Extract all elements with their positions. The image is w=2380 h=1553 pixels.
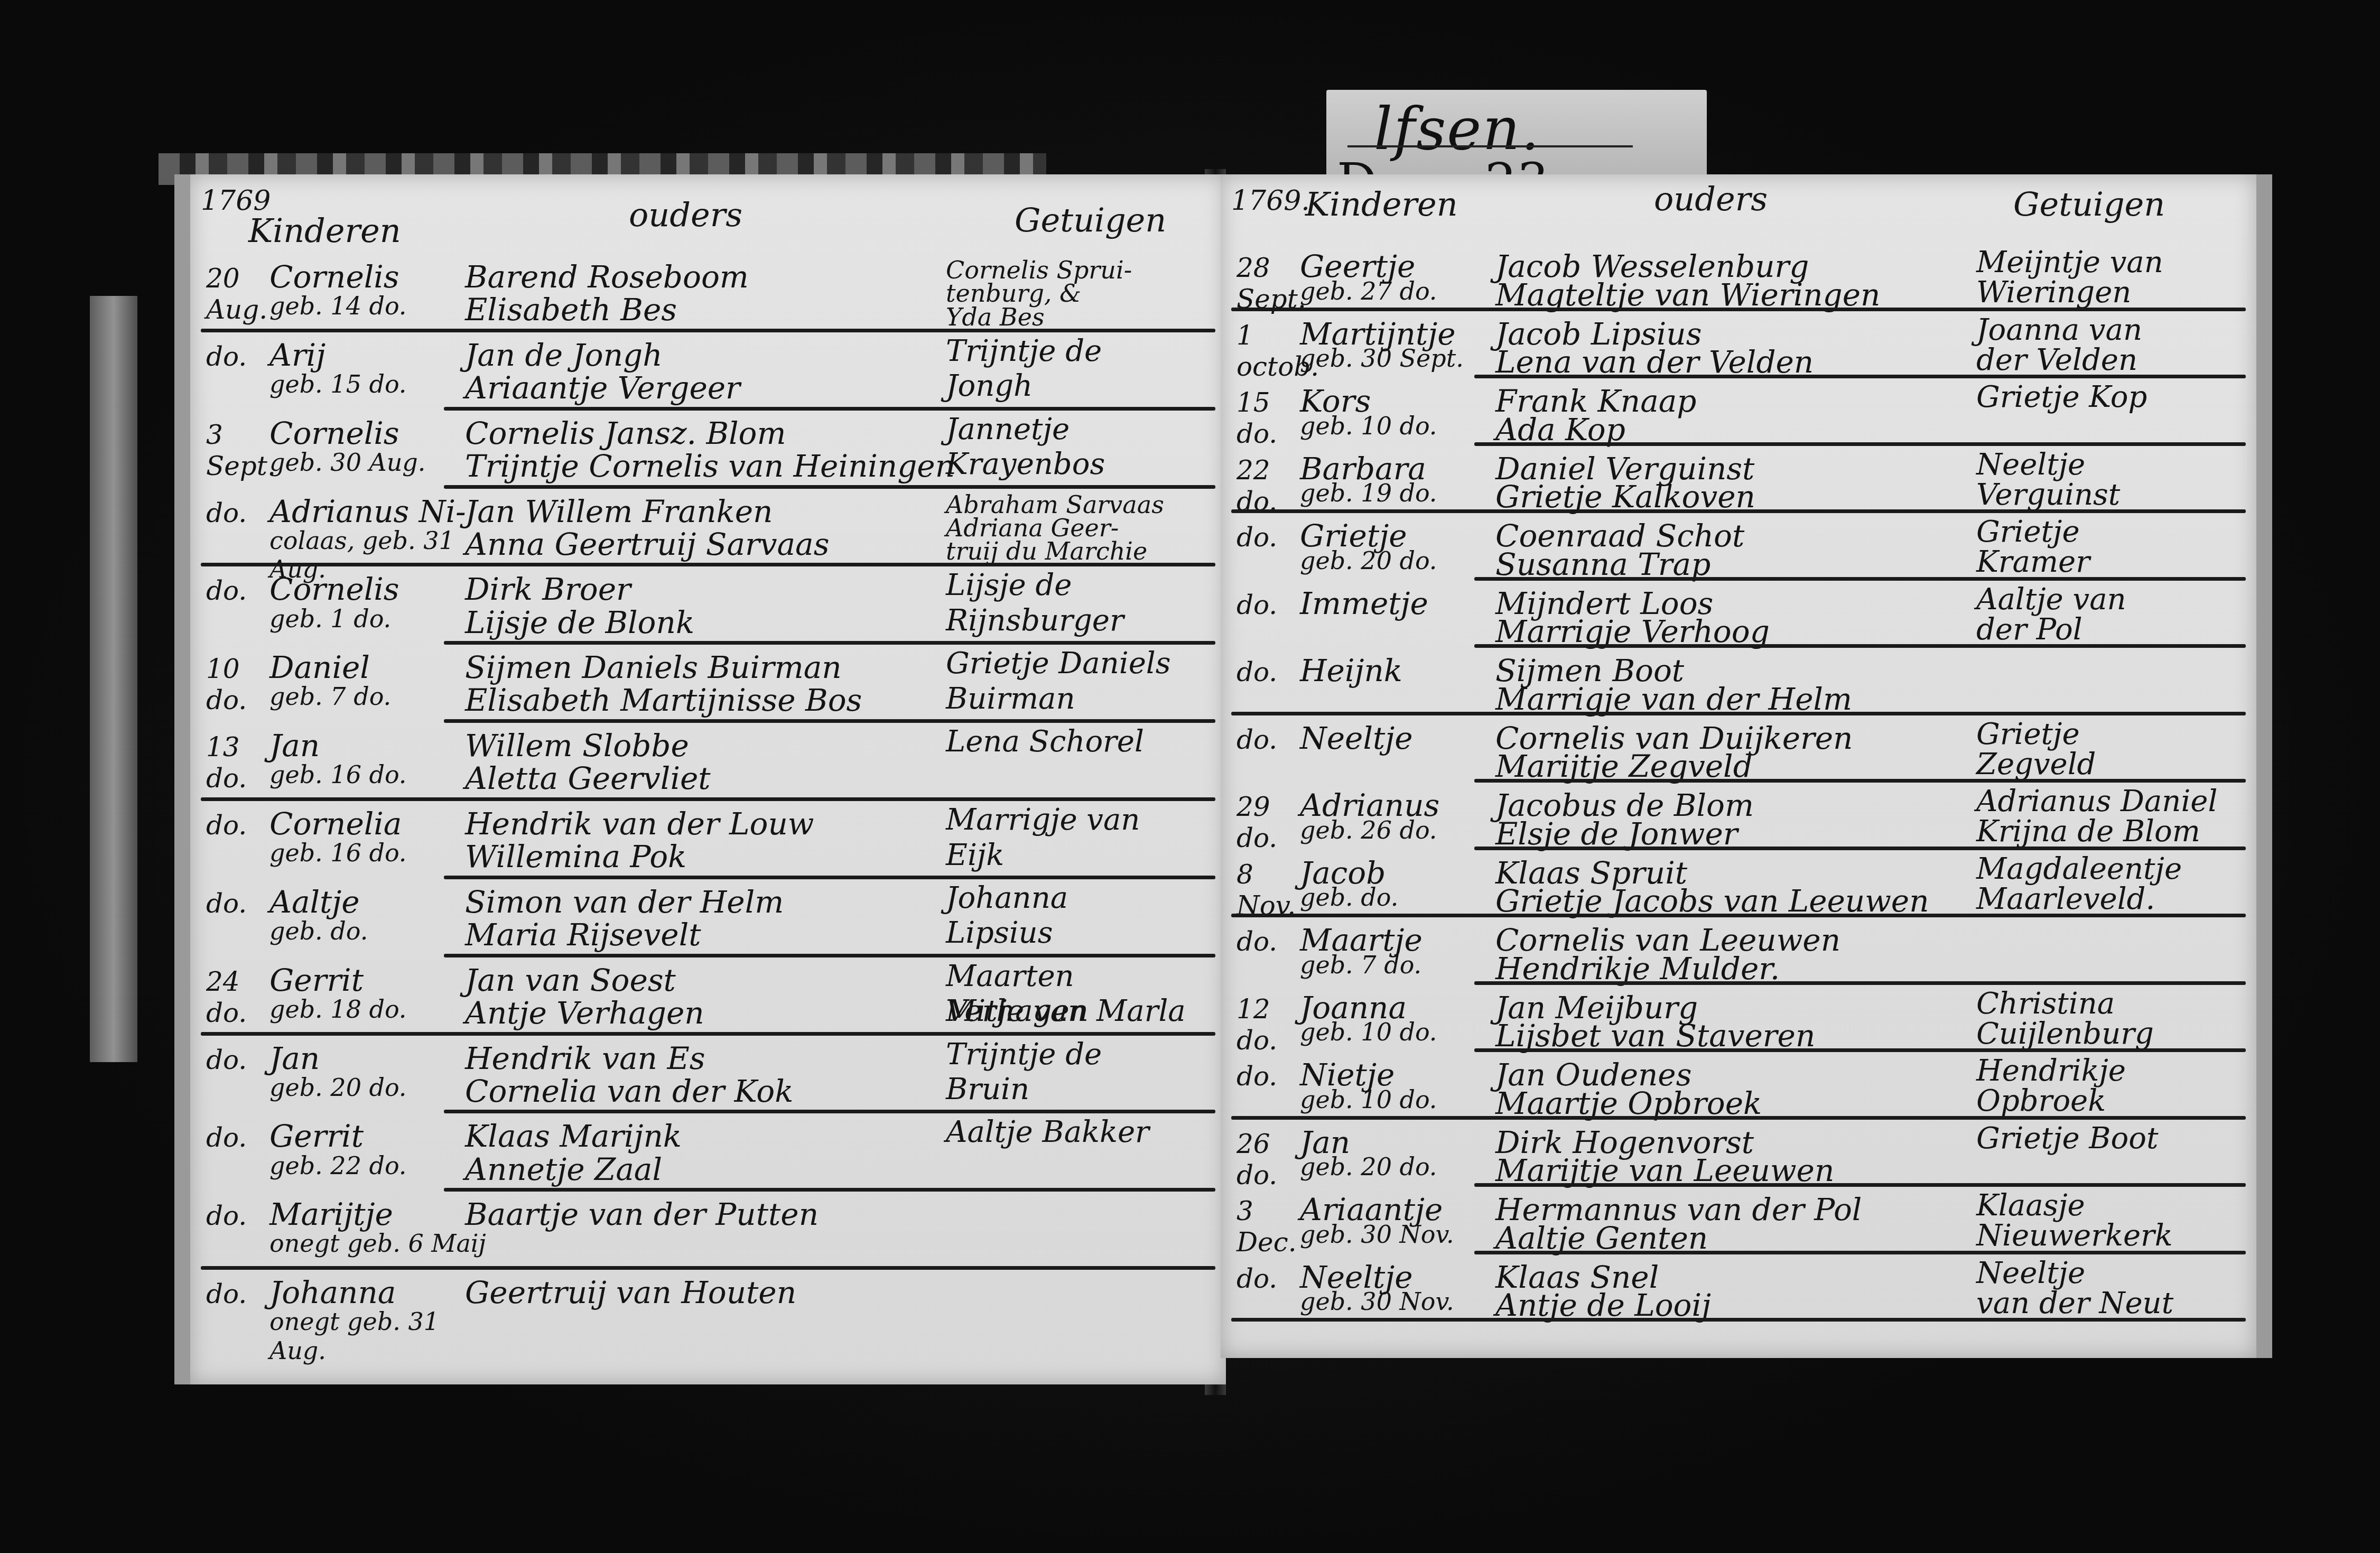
birth-date: geb. 19 do. bbox=[1300, 479, 1522, 507]
child-name: Daniel bbox=[269, 649, 491, 685]
register-entry: 3 Dec.Ariaantjegeb. 30 Nov.Hermannus van… bbox=[1221, 1186, 2256, 1254]
birth-date: geb. 10 do. bbox=[1300, 412, 1522, 440]
witness-name: Wieringen bbox=[1976, 275, 2251, 310]
witness-name: Trijntje de bbox=[946, 1037, 1221, 1072]
entry-date: do. bbox=[206, 341, 269, 373]
birth-date: onegt geb. 6 Maij bbox=[269, 1229, 491, 1258]
parent-name: Hendrik van Es bbox=[465, 1040, 993, 1076]
child-name: Neeltje bbox=[1300, 720, 1522, 756]
birth-date: onegt geb. 31 Aug. bbox=[269, 1307, 491, 1365]
birth-date: geb. 27 do. bbox=[1300, 277, 1522, 305]
witness-name: der Pol bbox=[1976, 612, 2251, 647]
witness-name: Verguinst bbox=[1976, 478, 2251, 513]
child-name: Cornelis bbox=[269, 571, 491, 607]
register-entry: 15 do.Korsgeb. 10 do.Frank KnaapAda KopG… bbox=[1221, 378, 2256, 445]
birth-date: geb. do. bbox=[269, 917, 491, 945]
register-entry: 13 do.Jangeb. 16 do.Willem SlobbeAletta … bbox=[190, 722, 1226, 801]
entry-date: 1 octob. bbox=[1237, 320, 1300, 383]
parent-name: Ariaantje Vergeer bbox=[465, 370, 993, 406]
register-entry: do.Jangeb. 20 do.Hendrik van EsCornelia … bbox=[190, 1035, 1226, 1113]
birth-date: geb. 14 do. bbox=[269, 292, 491, 320]
witness-name: Joanna van bbox=[1976, 313, 2251, 348]
register-entry: 22 do.Barbarageb. 19 do.Daniel Verguinst… bbox=[1221, 445, 2256, 513]
parent-name: Simon van der Helm bbox=[465, 884, 993, 920]
birth-date: geb. 16 do. bbox=[269, 839, 491, 867]
witness-name: van der Neut bbox=[1976, 1286, 2251, 1321]
parent-name: Willem Slobbe bbox=[465, 728, 993, 764]
register-entry: do.Corneliageb. 16 do.Hendrik van der Lo… bbox=[190, 801, 1226, 879]
birth-date: geb. 26 do. bbox=[1300, 816, 1522, 844]
parent-name: Geertruij van Houten bbox=[465, 1275, 993, 1310]
parent-name: Antje Verhagen bbox=[465, 995, 993, 1031]
entry-date: do. bbox=[1237, 1263, 1300, 1295]
birth-date: geb. 16 do. bbox=[269, 760, 491, 789]
witness-name: Bruin bbox=[946, 1072, 1221, 1107]
register-entry: do.Grietjegeb. 20 do.Coenraad SchotSusan… bbox=[1221, 513, 2256, 580]
witness-name: Buirman bbox=[946, 682, 1221, 717]
witness-name: Aaltje Bakker bbox=[946, 1115, 1221, 1150]
entry-date: do. bbox=[206, 810, 269, 841]
parent-name: Jan van Soest bbox=[465, 962, 993, 998]
birth-date: geb. 22 do. bbox=[269, 1151, 491, 1180]
entry-date: 10 do. bbox=[206, 654, 269, 716]
column-header-parents: ouders bbox=[1654, 180, 1768, 218]
entry-date: do. bbox=[1237, 657, 1300, 688]
parent-name: Annetje Zaal bbox=[465, 1151, 993, 1187]
birth-date: geb. 10 do. bbox=[1300, 1018, 1522, 1046]
parent-name: Jan de Jongh bbox=[465, 337, 993, 373]
register-entry: 10 do.Danielgeb. 7 do.Sijmen Daniels Bui… bbox=[190, 644, 1226, 722]
entry-date: 8 Nov. bbox=[1237, 859, 1300, 922]
left-page: 1769 Kinderen ouders Getuigen 20 Aug.Cor… bbox=[174, 174, 1226, 1384]
child-name: Arij bbox=[269, 337, 491, 373]
entry-date: do. bbox=[206, 1045, 269, 1076]
witness-name: Jongh bbox=[946, 369, 1221, 404]
witness-name: Hendrikje bbox=[1976, 1054, 2251, 1089]
entry-date: do. bbox=[206, 575, 269, 607]
witness-name: Meijntje van bbox=[1976, 245, 2251, 280]
column-header-children: Kinderen bbox=[1305, 185, 1458, 224]
register-entry: 24 do.Gerritgeb. 18 do.Jan van SoestAntj… bbox=[190, 957, 1226, 1035]
parent-name: Klaas Marijnk bbox=[465, 1118, 993, 1154]
witness-name: truij du Marchie bbox=[946, 537, 1221, 565]
birth-date: geb. 1 do. bbox=[269, 605, 491, 633]
register-entry: do.Marijtjeonegt geb. 6 MaijBaartje van … bbox=[190, 1191, 1226, 1269]
witness-name: Nieuwerkerk bbox=[1976, 1219, 2251, 1253]
birth-date: geb. 20 do. bbox=[1300, 546, 1522, 575]
witness-name: Grietje bbox=[1976, 717, 2251, 752]
entry-date: 3 Sept. bbox=[206, 420, 269, 482]
parent-name: Barend Roseboom bbox=[465, 259, 993, 295]
register-entry: do.Cornelisgeb. 1 do.Dirk BroerLijsje de… bbox=[190, 566, 1226, 644]
witness-name: Trijntje de bbox=[946, 334, 1221, 369]
register-entry: do.Neeltjegeb. 30 Nov.Klaas SnelAntje de… bbox=[1221, 1254, 2256, 1322]
witness-name: Jannetje bbox=[946, 412, 1221, 447]
child-name: Marijtje bbox=[269, 1196, 491, 1232]
register-entry: 20 Aug.Cornelisgeb. 14 do.Barend Roseboo… bbox=[190, 254, 1226, 332]
entry-date: do. bbox=[1237, 926, 1300, 957]
entry-date: do. bbox=[206, 498, 269, 529]
witness-name: Opbroek bbox=[1976, 1084, 2251, 1119]
register-entry: do.Johannaonegt geb. 31 Aug.Geertruij va… bbox=[190, 1269, 1226, 1347]
register-entry: do.ImmetjeMijndert LoosMarrigje VerhoogA… bbox=[1221, 580, 2256, 648]
birth-date: geb. 30 Aug. bbox=[269, 448, 491, 477]
parent-name: Dirk Broer bbox=[465, 571, 993, 607]
witness-name: der Velden bbox=[1976, 343, 2251, 378]
birth-date: geb. 18 do. bbox=[269, 995, 491, 1024]
birth-date: geb. do. bbox=[1300, 883, 1522, 912]
parent-name: Sijmen Daniels Buirman bbox=[465, 649, 993, 685]
register-entry: 29 do.Adrianusgeb. 26 do.Jacobus de Blom… bbox=[1221, 782, 2256, 850]
child-name: Johanna bbox=[269, 1275, 491, 1310]
register-entry: do.Gerritgeb. 22 do.Klaas MarijnkAnnetje… bbox=[190, 1113, 1226, 1191]
register-entry: 28 Sept.Geertjegeb. 27 do.Jacob Wesselen… bbox=[1221, 243, 2256, 311]
birth-date: geb. 20 do. bbox=[1300, 1152, 1522, 1181]
witness-name: Grietje bbox=[1976, 515, 2251, 550]
entry-date: 12 do. bbox=[1237, 994, 1300, 1056]
birth-date: geb. 30 Sept. bbox=[1300, 344, 1522, 373]
witness-name: Krayenbos bbox=[946, 447, 1221, 482]
birth-date: geb. 30 Nov. bbox=[1300, 1220, 1522, 1249]
register-entry: do.Arijgeb. 15 do.Jan de JonghAriaantje … bbox=[190, 332, 1226, 410]
parent-name: Aletta Geervliet bbox=[465, 760, 993, 796]
page-year: 1769. bbox=[1231, 185, 1310, 217]
register-entry: do.HeijnkSijmen BootMarrigje van der Hel… bbox=[1221, 647, 2256, 715]
register-entry: do.Adrianus Ni-colaas, geb. 31 Aug.Jan W… bbox=[190, 488, 1226, 566]
register-entry: do.Aaltjegeb. do.Simon van der HelmMaria… bbox=[190, 879, 1226, 957]
parent-name: Maria Rijsevelt bbox=[465, 917, 993, 953]
child-name: Immetje bbox=[1300, 585, 1522, 621]
birth-date: geb. 30 Nov. bbox=[1300, 1287, 1522, 1316]
entry-date: 13 do. bbox=[206, 732, 269, 794]
register-entry: 1 octob.Martijntjegeb. 30 Sept.Jacob Lip… bbox=[1221, 311, 2256, 378]
witness-name: Neeltje bbox=[1976, 1256, 2251, 1291]
tab-divider bbox=[1347, 145, 1633, 147]
witness-name: Christina bbox=[1976, 987, 2251, 1021]
entry-date: 15 do. bbox=[1237, 387, 1300, 450]
entry-date: 28 Sept. bbox=[1237, 253, 1300, 315]
birth-date: geb. 10 do. bbox=[1300, 1085, 1522, 1114]
entry-date: do. bbox=[1237, 1061, 1300, 1092]
parent-name: Cornelia van der Kok bbox=[465, 1073, 993, 1109]
entry-date: 3 Dec. bbox=[1237, 1196, 1300, 1258]
witness-name: Magdaleentje bbox=[1976, 852, 2251, 887]
child-name: Gerrit bbox=[269, 962, 491, 998]
parent-name: Anna Geertruij Sarvaas bbox=[465, 526, 993, 562]
register-entry: do.NeeltjeCornelis van DuijkerenMarijtje… bbox=[1221, 715, 2256, 783]
register-entry: 8 Nov.Jacobgeb. do.Klaas SpruitGrietje J… bbox=[1221, 850, 2256, 917]
witness-name: Kramer bbox=[1976, 545, 2251, 580]
birth-date: geb. 20 do. bbox=[269, 1073, 491, 1102]
child-name: Aaltje bbox=[269, 884, 491, 920]
child-name: Jan bbox=[269, 1040, 491, 1076]
witness-name: Krijna de Blom bbox=[1976, 814, 2251, 849]
column-header-witnesses: Getuigen bbox=[2013, 185, 2165, 224]
witness-name: Zegveld bbox=[1976, 747, 2251, 782]
witness-name: Yda Bes bbox=[946, 303, 1221, 331]
birth-date: geb. 15 do. bbox=[269, 370, 491, 398]
witness-name: Adrianus Daniel bbox=[1976, 784, 2251, 819]
witness-name: Johanna bbox=[946, 881, 1221, 916]
tab-place: lfsen. bbox=[1374, 95, 1540, 163]
register-entry: do.Maartjegeb. 7 do.Cornelis van Leeuwen… bbox=[1221, 917, 2256, 984]
entry-date: do. bbox=[206, 1279, 269, 1310]
entry-date: do. bbox=[1237, 724, 1300, 756]
entry-date: do. bbox=[206, 1201, 269, 1232]
right-page: 1769. Kinderen ouders Getuigen 28 Sept.G… bbox=[1221, 174, 2272, 1358]
child-name: Adrianus Ni- bbox=[269, 494, 491, 529]
parent-name: Willemina Pok bbox=[465, 839, 993, 875]
parent-name: Trijntje Cornelis van Heiningen bbox=[465, 448, 993, 484]
parent-name: Elisabeth Martijnisse Bos bbox=[465, 682, 993, 718]
row-divider bbox=[1231, 1318, 2246, 1322]
entry-date: do. bbox=[206, 888, 269, 919]
register-entry: 12 do.Joannageb. 10 do.Jan MeijburgLijsb… bbox=[1221, 984, 2256, 1052]
witness-name: Eijk bbox=[946, 838, 1221, 873]
witness-name: Mitje van Marla bbox=[946, 994, 1221, 1029]
child-name: Heijnk bbox=[1300, 653, 1522, 689]
witness-name: Grietje Daniels bbox=[946, 646, 1221, 681]
parent-name: Lijsje de Blonk bbox=[465, 605, 993, 640]
parent-name: Baartje van der Putten bbox=[465, 1196, 993, 1232]
register-entry: 3 Sept.Cornelisgeb. 30 Aug.Cornelis Jans… bbox=[190, 410, 1226, 488]
witness-name: Neeltje bbox=[1976, 448, 2251, 482]
entry-date: 20 Aug. bbox=[206, 263, 269, 326]
child-name: Gerrit bbox=[269, 1118, 491, 1154]
entry-date: do. bbox=[1237, 522, 1300, 553]
witness-name: Aaltje van bbox=[1976, 582, 2251, 617]
child-name: Cornelia bbox=[269, 806, 491, 842]
witness-name: Maarleveld. bbox=[1976, 882, 2251, 917]
witness-name: Grietje Boot bbox=[1976, 1121, 2251, 1156]
child-name: Cornelis bbox=[269, 415, 491, 451]
birth-date: geb. 7 do. bbox=[269, 682, 491, 711]
entry-date: do. bbox=[1237, 590, 1300, 621]
entry-date: 24 do. bbox=[206, 966, 269, 1029]
register-entry: 26 do.Jangeb. 20 do.Dirk HogenvorstMarij… bbox=[1221, 1119, 2256, 1187]
witness-name: Lijsje de bbox=[946, 568, 1221, 603]
witness-name: Marrigje van bbox=[946, 803, 1221, 838]
parent-name: Elisabeth Bes bbox=[465, 292, 993, 328]
witness-name: Klaasje bbox=[1976, 1188, 2251, 1223]
witness-name: Rijnsburger bbox=[946, 603, 1221, 638]
parent-name: Jan Willem Franken bbox=[465, 494, 993, 529]
column-header-children: Kinderen bbox=[248, 211, 401, 250]
child-name: Jan bbox=[269, 728, 491, 764]
column-header-parents: ouders bbox=[629, 196, 742, 234]
witness-name: Lena Schorel bbox=[946, 724, 1221, 759]
register-entry: do.Nietjegeb. 10 do.Jan OudenesMaartje O… bbox=[1221, 1052, 2256, 1119]
birth-date: geb. 7 do. bbox=[1300, 951, 1522, 979]
entry-date: 29 do. bbox=[1237, 792, 1300, 854]
parent-name: Hendrik van der Louw bbox=[465, 806, 993, 842]
witness-name: Grietje Kop bbox=[1976, 380, 2251, 415]
witness-name: Lipsius bbox=[946, 916, 1221, 951]
child-name: Cornelis bbox=[269, 259, 491, 295]
witness-name: Cuijlenburg bbox=[1976, 1017, 2251, 1052]
binding-strip bbox=[90, 296, 137, 1062]
entry-date: do. bbox=[206, 1122, 269, 1154]
parent-name: Cornelis Jansz. Blom bbox=[465, 415, 993, 451]
entry-date: 26 do. bbox=[1237, 1129, 1300, 1191]
column-header-witnesses: Getuigen bbox=[1015, 201, 1166, 239]
entry-date: 22 do. bbox=[1237, 455, 1300, 517]
